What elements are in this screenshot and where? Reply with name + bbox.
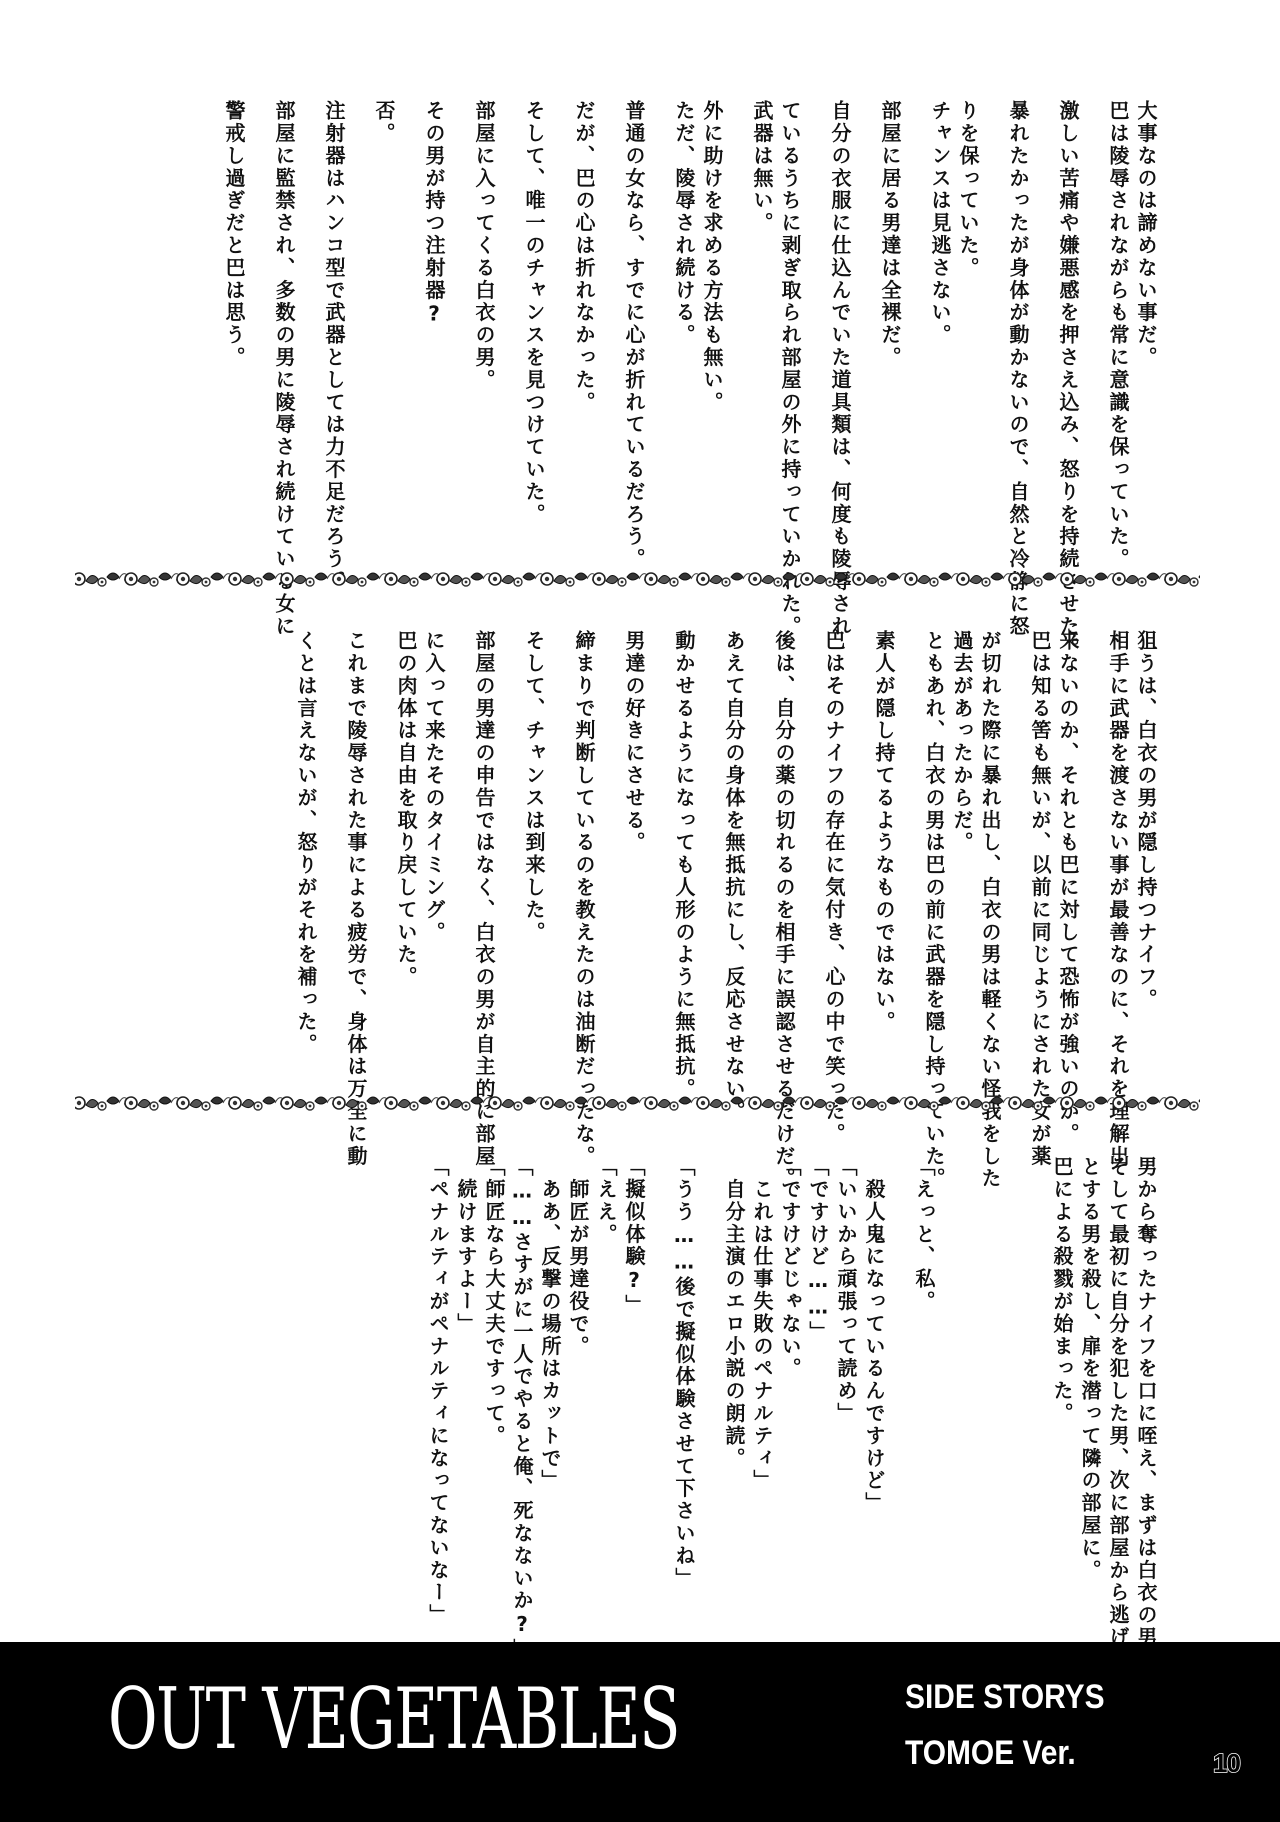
text-column: 武器は無い。 — [748, 100, 776, 555]
text-section-2: 狙うは、白衣の男が隠し持つナイフ。相手に武器を渡さない事が最善なのに、それを理解… — [100, 630, 1160, 1085]
text-column: 後は、自分の薬の切れるのを相手に誤認させるだけだ。 — [770, 630, 798, 1085]
text-column: 部屋に入ってくる白衣の男。 — [470, 100, 498, 555]
text-column: ああ、反撃の場所はカットで」 — [536, 1156, 564, 1621]
text-column: 巴は知る筈も無いが、以前に同じようにされた女が薬 — [1026, 630, 1054, 1085]
text-column: 否。 — [370, 100, 398, 555]
text-column: 動かせるようになっても人形のように無抵抗。 — [670, 630, 698, 1085]
floral-divider — [75, 568, 1200, 590]
vine-ornament-icon — [75, 568, 1200, 590]
text-column: 男達の好きにさせる。 — [620, 630, 648, 1085]
text-column: りを保っていた。 — [954, 100, 982, 555]
text-column: だが、巴の心は折れなかった。 — [570, 100, 598, 555]
text-column: 自分の衣服に仕込んでいた道具類は、何度も陵辱され — [826, 100, 854, 555]
text-column: そして、唯一のチャンスを見つけていた。 — [520, 100, 548, 555]
text-column: 相手に武器を渡さない事が最善なのに、それを理解出 — [1104, 630, 1132, 1085]
text-column: 大事なのは諦めない事だ。 — [1132, 100, 1160, 555]
text-column: が切れた際に暴れ出し、白衣の男は軽くない怪我をした — [976, 630, 1004, 1085]
text-column: 狙うは、白衣の男が隠し持つナイフ。 — [1132, 630, 1160, 1085]
column-group: 大事なのは諦めない事だ。巴は陵辱されながらも常に意識を保っていた。激しい苦痛や嫌… — [220, 100, 1160, 555]
text-column: とする男を殺し、扉を潜って隣の部屋に。 — [1076, 1156, 1104, 1621]
text-column: 来ないのか、それとも巴に対して恐怖が強いのか。 — [1054, 630, 1082, 1085]
text-column: 「いいから頑張って読め」 — [832, 1156, 860, 1621]
text-column: 男から奪ったナイフを口に咥え、まずは白衣の男。 — [1132, 1156, 1160, 1621]
floral-divider — [75, 1092, 1200, 1114]
text-column: ているうちに剥ぎ取られ部屋の外に持っていかれた。 — [776, 100, 804, 555]
text-column: そして、チャンスは到来した。 — [520, 630, 548, 1085]
text-column: 「ですけど……」 — [804, 1156, 832, 1621]
text-column: 「師匠なら大丈夫ですって。 — [480, 1156, 508, 1621]
text-column: 部屋に監禁され、多数の男に陵辱され続けている女に — [270, 100, 298, 555]
text-column: 普通の女なら、すでに心が折れているだろう。 — [620, 100, 648, 555]
text-column: ともあれ、白衣の男は巴の前に武器を隠し持っていた。 — [920, 630, 948, 1085]
text-column: ただ、陵辱され続ける。 — [670, 100, 698, 555]
text-column: チャンスは見逃さない。 — [926, 100, 954, 555]
text-column: に入って来たそのタイミング。 — [420, 630, 448, 1085]
text-column: 過去があったからだ。 — [948, 630, 976, 1085]
text-column: 「ええ。 — [592, 1156, 620, 1621]
text-column: 「擬似体験?」 — [620, 1156, 648, 1621]
text-column: 警戒し過ぎだと巴は思う。 — [220, 100, 248, 555]
text-column: 殺人鬼になっているんですけど」 — [860, 1156, 888, 1621]
page-number: 10 — [1213, 1748, 1240, 1779]
text-column: 巴はそのナイフの存在に気付き、心の中で笑った。 — [820, 630, 848, 1085]
text-column: 素人が隠し持てるようなものではない。 — [870, 630, 898, 1085]
text-column: そして最初に自分を犯した男、次に部屋から逃げよう — [1104, 1156, 1132, 1621]
text-column: 部屋の男達の申告ではなく、白衣の男が自主的に部屋 — [470, 630, 498, 1085]
text-column: 師匠が男達役で。 — [564, 1156, 592, 1621]
column-group: 狙うは、白衣の男が隠し持つナイフ。相手に武器を渡さない事が最善なのに、それを理解… — [292, 630, 1160, 1085]
footer-banner: OUT VEGETABLES SIDE STORYS TOMOE Ver. 10 — [0, 1642, 1280, 1822]
subtitle-line-1: SIDE STORYS — [905, 1678, 1105, 1717]
text-column: 部屋に居る男達は全裸だ。 — [876, 100, 904, 555]
text-column: これまで陵辱された事による疲労で、身体は万全に動 — [342, 630, 370, 1085]
text-column: 注射器はハンコ型で武器としては力不足だろう。 — [320, 100, 348, 555]
text-column: 「……さすがに一人でやると俺、死なないか?」 — [508, 1156, 536, 1621]
text-column: 「ペナルティがペナルティになってないなー」 — [424, 1156, 452, 1621]
text-section-1: 大事なのは諦めない事だ。巴は陵辱されながらも常に意識を保っていた。激しい苦痛や嫌… — [100, 100, 1160, 555]
book-title: OUT VEGETABLES — [108, 1670, 679, 1768]
text-column: 締まりで判断しているのを教えたのは油断だったな。 — [570, 630, 598, 1085]
text-column: 外に助けを求める方法も無い。 — [698, 100, 726, 555]
subtitle-line-2: TOMOE Ver. — [905, 1734, 1076, 1773]
text-column: その男が持つ注射器? — [420, 100, 448, 555]
text-column: あえて自分の身体を無抵抗にし、反応させない。 — [720, 630, 748, 1085]
text-column: これは仕事失敗のペナルティ」 — [748, 1156, 776, 1621]
text-column: くとは言えないが、怒りがそれを補った。 — [292, 630, 320, 1085]
text-column: 巴の肉体は自由を取り戻していた。 — [392, 630, 420, 1085]
text-column: 「ですけどじゃない。 — [776, 1156, 804, 1621]
text-column: 暴れたかったが身体が動かないので、自然と冷静に怒 — [1004, 100, 1032, 555]
text-column: 続けますよー」 — [452, 1156, 480, 1621]
text-column: 「うう……後で擬似体験させて下さいね」 — [670, 1156, 698, 1621]
text-column: 激しい苦痛や嫌悪感を押さえ込み、怒りを持続させた。 — [1054, 100, 1082, 555]
text-column: 自分主演のエロ小説の朗読。 — [720, 1156, 748, 1621]
column-group: 男から奪ったナイフを口に咥え、まずは白衣の男。そして最初に自分を犯した男、次に部… — [424, 1156, 1160, 1621]
text-column: 巴による殺戮が始まった。 — [1048, 1156, 1076, 1621]
vine-ornament-icon — [75, 1092, 1200, 1114]
text-column: 巴は陵辱されながらも常に意識を保っていた。 — [1104, 100, 1132, 555]
text-column: 「えっと、私。 — [910, 1156, 938, 1621]
text-section-3: 男から奪ったナイフを口に咥え、まずは白衣の男。そして最初に自分を犯した男、次に部… — [100, 1156, 1160, 1621]
